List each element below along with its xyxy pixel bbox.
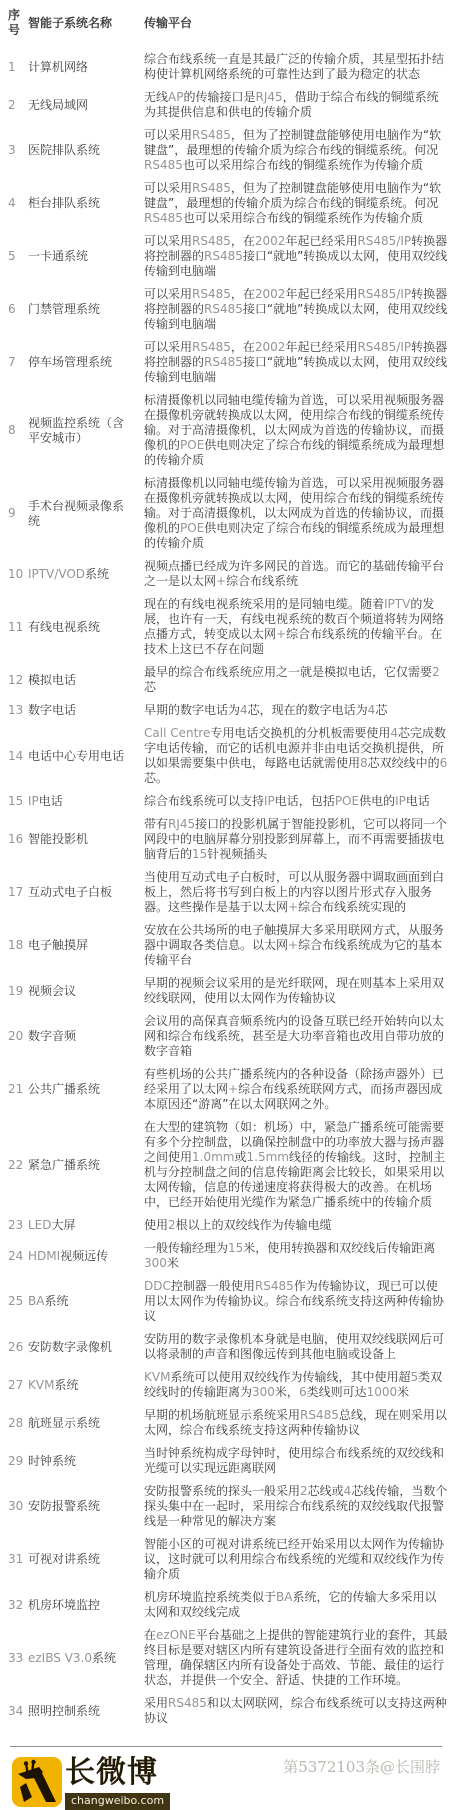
table-row: 3医院排队系统可以采用RS485，但为了控制键盘能够使用电脑作为“软键盘”，最理…: [8, 124, 448, 177]
row-subsystem-name: 医院排队系统: [28, 124, 144, 177]
row-subsystem-name: LED大屏: [28, 1214, 144, 1237]
row-index: 26: [8, 1328, 28, 1366]
table-row: 23LED大屏使用2根以上的双绞线作为传输电缆: [8, 1214, 448, 1237]
row-subsystem-name: 时钟系统: [28, 1442, 144, 1480]
row-transmission-platform: 在大型的建筑物（如：机场）中，紧急广播系统可能需要有多个分控制盘，以确保控制盘中…: [144, 1116, 448, 1214]
row-index: 10: [8, 555, 28, 593]
table-header-row: 序号 智能子系统名称 传输平台: [8, 6, 448, 48]
row-subsystem-name: 机房环境监控: [28, 1586, 144, 1624]
table-row: 30安防报警系统安防报警系统的探头一般采用2芯线或4芯线传输，当数个探头集中在一…: [8, 1480, 448, 1533]
col-header-index: 序号: [8, 6, 28, 48]
row-index: 24: [8, 1237, 28, 1275]
logo-domain: changweibo.com: [65, 1793, 170, 1810]
logo-text-block: 长微博 changweibo.com: [65, 1757, 170, 1810]
table-row: 32机房环境监控机房环境监控系统类似于BA系统，它的传输大多采用以太网和双绞线完…: [8, 1586, 448, 1624]
row-index: 2: [8, 86, 28, 124]
row-transmission-platform: 综合布线系统一直是其最广泛的传输介质，其星型拓扑结构使计算机网络系统的可靠性达到…: [144, 48, 448, 86]
table-row: 29时钟系统当时钟系统构成字母钟时，使用综合布线系统的双绞线和光缆可以实现远距离…: [8, 1442, 448, 1480]
row-subsystem-name: 模拟电话: [28, 661, 144, 699]
table-row: 7停车场管理系统可以采用RS485，在2002年起已经采用RS485/IP转换器…: [8, 336, 448, 389]
giraffe-icon: [12, 1757, 62, 1807]
row-index: 20: [8, 1010, 28, 1063]
changweibo-logo: 长微博 changweibo.com: [12, 1757, 170, 1810]
row-subsystem-name: 安防报警系统: [28, 1480, 144, 1533]
table-row: 2无线局域网无线AP的传输接口是RJ45，借助于综合布线的铜缆系统为其提供信息和…: [8, 86, 448, 124]
long-weibo-page: 序号 智能子系统名称 传输平台 1计算机网络综合布线系统一直是其最广泛的传输介质…: [0, 0, 452, 1810]
row-index: 17: [8, 866, 28, 919]
table-row: 13数字电话早期的数字电话为4芯，现在的数字电话为4芯: [8, 699, 448, 722]
row-transmission-platform: 使用2根以上的双绞线作为传输电缆: [144, 1214, 448, 1237]
row-transmission-platform: 当时钟系统构成字母钟时，使用综合布线系统的双绞线和光缆可以实现远距离联网: [144, 1442, 448, 1480]
row-transmission-platform: 有些机场的公共广播系统内的各种设备（除扬声器外）已经采用了以太网+综合布线系统联…: [144, 1063, 448, 1116]
row-index: 22: [8, 1116, 28, 1214]
row-subsystem-name: 公共广播系统: [28, 1063, 144, 1116]
row-transmission-platform: Call Centre专用电话交换机的分机板需要使用4芯完成数字电话传输，而它的…: [144, 722, 448, 790]
table-row: 28航班显示系统早期的机场航班显示系统采用RS485总线，现在则采用以太网，综合…: [8, 1404, 448, 1442]
row-subsystem-name: 无线局域网: [28, 86, 144, 124]
row-transmission-platform: 可以采用RS485，但为了控制键盘能够使用电脑作为“软键盘”，最理想的传输介质为…: [144, 177, 448, 230]
row-index: 4: [8, 177, 28, 230]
row-index: 8: [8, 389, 28, 472]
row-subsystem-name: 可视对讲系统: [28, 1533, 144, 1586]
col-header-platform: 传输平台: [144, 6, 448, 48]
row-transmission-platform: 带有RJ45接口的投影机属于智能投影机，它可以将同一个网段中的电脑屏幕分别投影到…: [144, 813, 448, 866]
row-transmission-platform: 安防报警系统的探头一般采用2芯线或4芯线传输，当数个探头集中在一起时，采用综合布…: [144, 1480, 448, 1533]
table-row: 1计算机网络综合布线系统一直是其最广泛的传输介质，其星型拓扑结构使计算机网络系统…: [8, 48, 448, 86]
row-subsystem-name: ezIBS V3.0系统: [28, 1624, 144, 1692]
table-row: 33ezIBS V3.0系统在ezONE平台基础之上提供的智能建筑行业的套件，其…: [8, 1624, 448, 1692]
row-transmission-platform: 视频点播已经成为许多网民的首选。而它的基础传输平台之一是以太网+综合布线系统: [144, 555, 448, 593]
table-row: 25BA系统DDC控制器一般使用RS485作为传输协议，现已可以使用以太网作为传…: [8, 1275, 448, 1328]
row-transmission-platform: 早期的视频会议采用的是光纤联网，现在则基本上采用双绞线联网，使用以太网作为传输协…: [144, 972, 448, 1010]
table-row: 19视频会议早期的视频会议采用的是光纤联网，现在则基本上采用双绞线联网，使用以太…: [8, 972, 448, 1010]
row-subsystem-name: 航班显示系统: [28, 1404, 144, 1442]
row-subsystem-name: 视频会议: [28, 972, 144, 1010]
row-subsystem-name: 照明控制系统: [28, 1692, 144, 1730]
row-subsystem-name: 一卡通系统: [28, 230, 144, 283]
row-index: 19: [8, 972, 28, 1010]
row-transmission-platform: 标清摄像机以同轴电缆传输为首选，可以采用视频服务器在摄像机旁就转换成以太网，使用…: [144, 472, 448, 555]
row-transmission-platform: 无线AP的传输接口是RJ45，借助于综合布线的铜缆系统为其提供信息和供电的传输介…: [144, 86, 448, 124]
row-subsystem-name: 数字电话: [28, 699, 144, 722]
table-row: 22紧急广播系统在大型的建筑物（如：机场）中，紧急广播系统可能需要有多个分控制盘…: [8, 1116, 448, 1214]
table-row: 26安防数字录像机安防用的数字录像机本身就是电脑，使用双绞线联网后可以将录制的声…: [8, 1328, 448, 1366]
row-index: 28: [8, 1404, 28, 1442]
row-index: 15: [8, 790, 28, 813]
row-index: 16: [8, 813, 28, 866]
row-transmission-platform: KVM系统可以使用双绞线作为传输线，其中使用超5类双绞线时的传输距离为300米，…: [144, 1366, 448, 1404]
row-subsystem-name: HDMI视频远传: [28, 1237, 144, 1275]
row-subsystem-name: 安防数字录像机: [28, 1328, 144, 1366]
row-index: 11: [8, 593, 28, 661]
footer: 长微博 changweibo.com 第5372103条@长围脖: [0, 1746, 452, 1810]
row-transmission-platform: 安防用的数字录像机本身就是电脑，使用双绞线联网后可以将录制的声音和图像远传到其他…: [144, 1328, 448, 1366]
table-row: 15IP电话综合布线系统可以支持IP电话，包括POE供电的IP电话: [8, 790, 448, 813]
row-index: 33: [8, 1624, 28, 1692]
row-transmission-platform: 在ezONE平台基础之上提供的智能建筑行业的套件，其最终目标是要对辖区内所有建筑…: [144, 1624, 448, 1692]
table-row: 5一卡通系统可以采用RS485，在2002年起已经采用RS485/IP转换器将控…: [8, 230, 448, 283]
row-index: 34: [8, 1692, 28, 1730]
row-subsystem-name: 有线电视系统: [28, 593, 144, 661]
row-index: 25: [8, 1275, 28, 1328]
row-index: 6: [8, 283, 28, 336]
table-row: 20数字音频会议用的高保真音频系统内的设备互联已经开始转向以太网和综合布线系统，…: [8, 1010, 448, 1063]
footer-content: 长微博 changweibo.com 第5372103条@长围脖: [0, 1747, 452, 1810]
row-transmission-platform: 早期的数字电话为4芯，现在的数字电话为4芯: [144, 699, 448, 722]
row-transmission-platform: 可以采用RS485，在2002年起已经采用RS485/IP转换器将控制器的RS4…: [144, 336, 448, 389]
subsystem-table: 序号 智能子系统名称 传输平台 1计算机网络综合布线系统一直是其最广泛的传输介质…: [8, 6, 448, 1730]
table-row: 12模拟电话最早的综合布线系统应用之一就是模拟电话，它仅需要2芯: [8, 661, 448, 699]
table-row: 17互动式电子白板当使用互动式电子白板时，可以从服务器中调取画面到白板上，然后将…: [8, 866, 448, 919]
row-subsystem-name: 互动式电子白板: [28, 866, 144, 919]
table-row: 6门禁管理系统可以采用RS485，在2002年起已经采用RS485/IP转换器将…: [8, 283, 448, 336]
row-index: 3: [8, 124, 28, 177]
table-row: 24HDMI视频远传一般传输经理为15米，使用转换器和双绞线后传输距离300米: [8, 1237, 448, 1275]
row-subsystem-name: 电子触摸屏: [28, 919, 144, 972]
table-row: 31可视对讲系统智能小区的可视对讲系统已经开始采用以太网作为传输协议，这时就可以…: [8, 1533, 448, 1586]
table-row: 4柜台排队系统可以采用RS485，但为了控制键盘能够使用电脑作为“软键盘”，最理…: [8, 177, 448, 230]
row-transmission-platform: 标清摄像机以同轴电缆传输为首选，可以采用视频服务器在摄像机旁就转换成以太网，使用…: [144, 389, 448, 472]
table-row: 11有线电视系统现在的有线电视系统采用的是同轴电缆。随着IPTV的发展，也许有一…: [8, 593, 448, 661]
row-index: 18: [8, 919, 28, 972]
row-index: 9: [8, 472, 28, 555]
col-header-name: 智能子系统名称: [28, 6, 144, 48]
row-transmission-platform: 智能小区的可视对讲系统已经开始采用以太网作为传输协议，这时就可以利用综合布线系统…: [144, 1533, 448, 1586]
row-subsystem-name: 电话中心专用电话: [28, 722, 144, 790]
row-transmission-platform: 会议用的高保真音频系统内的设备互联已经开始转向以太网和综合布线系统，甚至是大功率…: [144, 1010, 448, 1063]
row-subsystem-name: 柜台排队系统: [28, 177, 144, 230]
row-subsystem-name: 智能投影机: [28, 813, 144, 866]
table-row: 10IPTV/VOD系统视频点播已经成为许多网民的首选。而它的基础传输平台之一是…: [8, 555, 448, 593]
row-subsystem-name: 紧急广播系统: [28, 1116, 144, 1214]
logo-title: 长微博: [65, 1757, 170, 1789]
row-index: 31: [8, 1533, 28, 1586]
table-row: 8视频监控系统（含平安城市）标清摄像机以同轴电缆传输为首选，可以采用视频服务器在…: [8, 389, 448, 472]
row-subsystem-name: 门禁管理系统: [28, 283, 144, 336]
row-index: 23: [8, 1214, 28, 1237]
table-row: 27KVM系统KVM系统可以使用双绞线作为传输线，其中使用超5类双绞线时的传输距…: [8, 1366, 448, 1404]
row-index: 27: [8, 1366, 28, 1404]
row-subsystem-name: IP电话: [28, 790, 144, 813]
row-transmission-platform: 机房环境监控系统类似于BA系统，它的传输大多采用以太网和双绞线完成: [144, 1586, 448, 1624]
row-index: 21: [8, 1063, 28, 1116]
row-transmission-platform: 现在的有线电视系统采用的是同轴电缆。随着IPTV的发展，也许有一天，有线电视系统…: [144, 593, 448, 661]
row-subsystem-name: BA系统: [28, 1275, 144, 1328]
row-transmission-platform: 可以采用RS485，在2002年起已经采用RS485/IP转换器将控制器的RS4…: [144, 283, 448, 336]
row-subsystem-name: 计算机网络: [28, 48, 144, 86]
row-subsystem-name: 停车场管理系统: [28, 336, 144, 389]
row-subsystem-name: 数字音频: [28, 1010, 144, 1063]
row-transmission-platform: DDC控制器一般使用RS485作为传输协议，现已可以使用以太网作为传输协议。综合…: [144, 1275, 448, 1328]
row-index: 7: [8, 336, 28, 389]
table-row: 34照明控制系统采用RS485和以太网联网，综合布线系统可以支持这两种协议: [8, 1692, 448, 1730]
row-index: 29: [8, 1442, 28, 1480]
row-index: 30: [8, 1480, 28, 1533]
table-row: 16智能投影机带有RJ45接口的投影机属于智能投影机，它可以将同一个网段中的电脑…: [8, 813, 448, 866]
post-id-text: 第5372103条@长围脖: [283, 1757, 440, 1777]
row-index: 5: [8, 230, 28, 283]
table-row: 14电话中心专用电话Call Centre专用电话交换机的分机板需要使用4芯完成…: [8, 722, 448, 790]
table-row: 9手术台视频录像系统标清摄像机以同轴电缆传输为首选，可以采用视频服务器在摄像机旁…: [8, 472, 448, 555]
row-subsystem-name: 手术台视频录像系统: [28, 472, 144, 555]
row-transmission-platform: 当使用互动式电子白板时，可以从服务器中调取画面到白板上，然后将书写到白板上的内容…: [144, 866, 448, 919]
row-transmission-platform: 安放在公共场所的电子触摸屏大多采用联网方式，从服务器中调取各类信息。以太网+综合…: [144, 919, 448, 972]
row-index: 13: [8, 699, 28, 722]
row-subsystem-name: 视频监控系统（含平安城市）: [28, 389, 144, 472]
row-transmission-platform: 早期的机场航班显示系统采用RS485总线，现在则采用以太网，综合布线系统支持这两…: [144, 1404, 448, 1442]
row-index: 14: [8, 722, 28, 790]
row-subsystem-name: KVM系统: [28, 1366, 144, 1404]
row-transmission-platform: 可以采用RS485，但为了控制键盘能够使用电脑作为“软键盘”，最理想的传输介质为…: [144, 124, 448, 177]
row-index: 12: [8, 661, 28, 699]
row-index: 32: [8, 1586, 28, 1624]
row-transmission-platform: 可以采用RS485，在2002年起已经采用RS485/IP转换器将控制器的RS4…: [144, 230, 448, 283]
row-transmission-platform: 一般传输经理为15米，使用转换器和双绞线后传输距离300米: [144, 1237, 448, 1275]
row-transmission-platform: 采用RS485和以太网联网，综合布线系统可以支持这两种协议: [144, 1692, 448, 1730]
table-row: 18电子触摸屏安放在公共场所的电子触摸屏大多采用联网方式，从服务器中调取各类信息…: [8, 919, 448, 972]
row-index: 1: [8, 48, 28, 86]
row-subsystem-name: IPTV/VOD系统: [28, 555, 144, 593]
row-transmission-platform: 最早的综合布线系统应用之一就是模拟电话，它仅需要2芯: [144, 661, 448, 699]
table-row: 21公共广播系统有些机场的公共广播系统内的各种设备（除扬声器外）已经采用了以太网…: [8, 1063, 448, 1116]
row-transmission-platform: 综合布线系统可以支持IP电话，包括POE供电的IP电话: [144, 790, 448, 813]
